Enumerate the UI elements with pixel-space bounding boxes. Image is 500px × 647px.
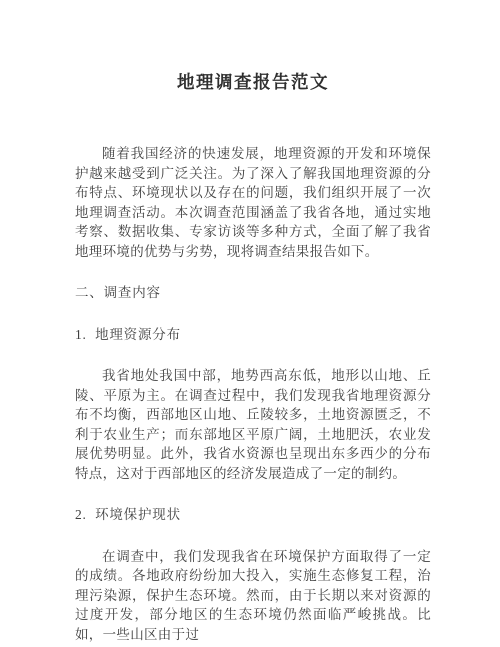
subsection-heading-1: 1. 地理资源分布 (75, 325, 431, 345)
document-title: 地理调查报告范文 (75, 0, 431, 94)
intro-paragraph: 随着我国经济的快速发展，地理资源的开发和环境保护越来越受到广泛关注。为了深入了解… (75, 144, 431, 261)
document-page: 地理调查报告范文 随着我国经济的快速发展，地理资源的开发和环境保护越来越受到广泛… (0, 0, 500, 647)
subsection-heading-2: 2. 环境保护现状 (75, 505, 431, 525)
subsection-paragraph-2: 在调查中，我们发现我省在环境保护方面取得了一定的成绩。各地政府纷纷加大投入，实施… (75, 547, 431, 645)
section-heading: 二、调查内容 (75, 283, 431, 303)
document-content: 地理调查报告范文 随着我国经济的快速发展，地理资源的开发和环境保护越来越受到广泛… (0, 0, 500, 644)
subsection-paragraph-1: 我省地处我国中部，地势西高东低，地形以山地、丘陵、平原为主。在调查过程中，我们发… (75, 366, 431, 483)
